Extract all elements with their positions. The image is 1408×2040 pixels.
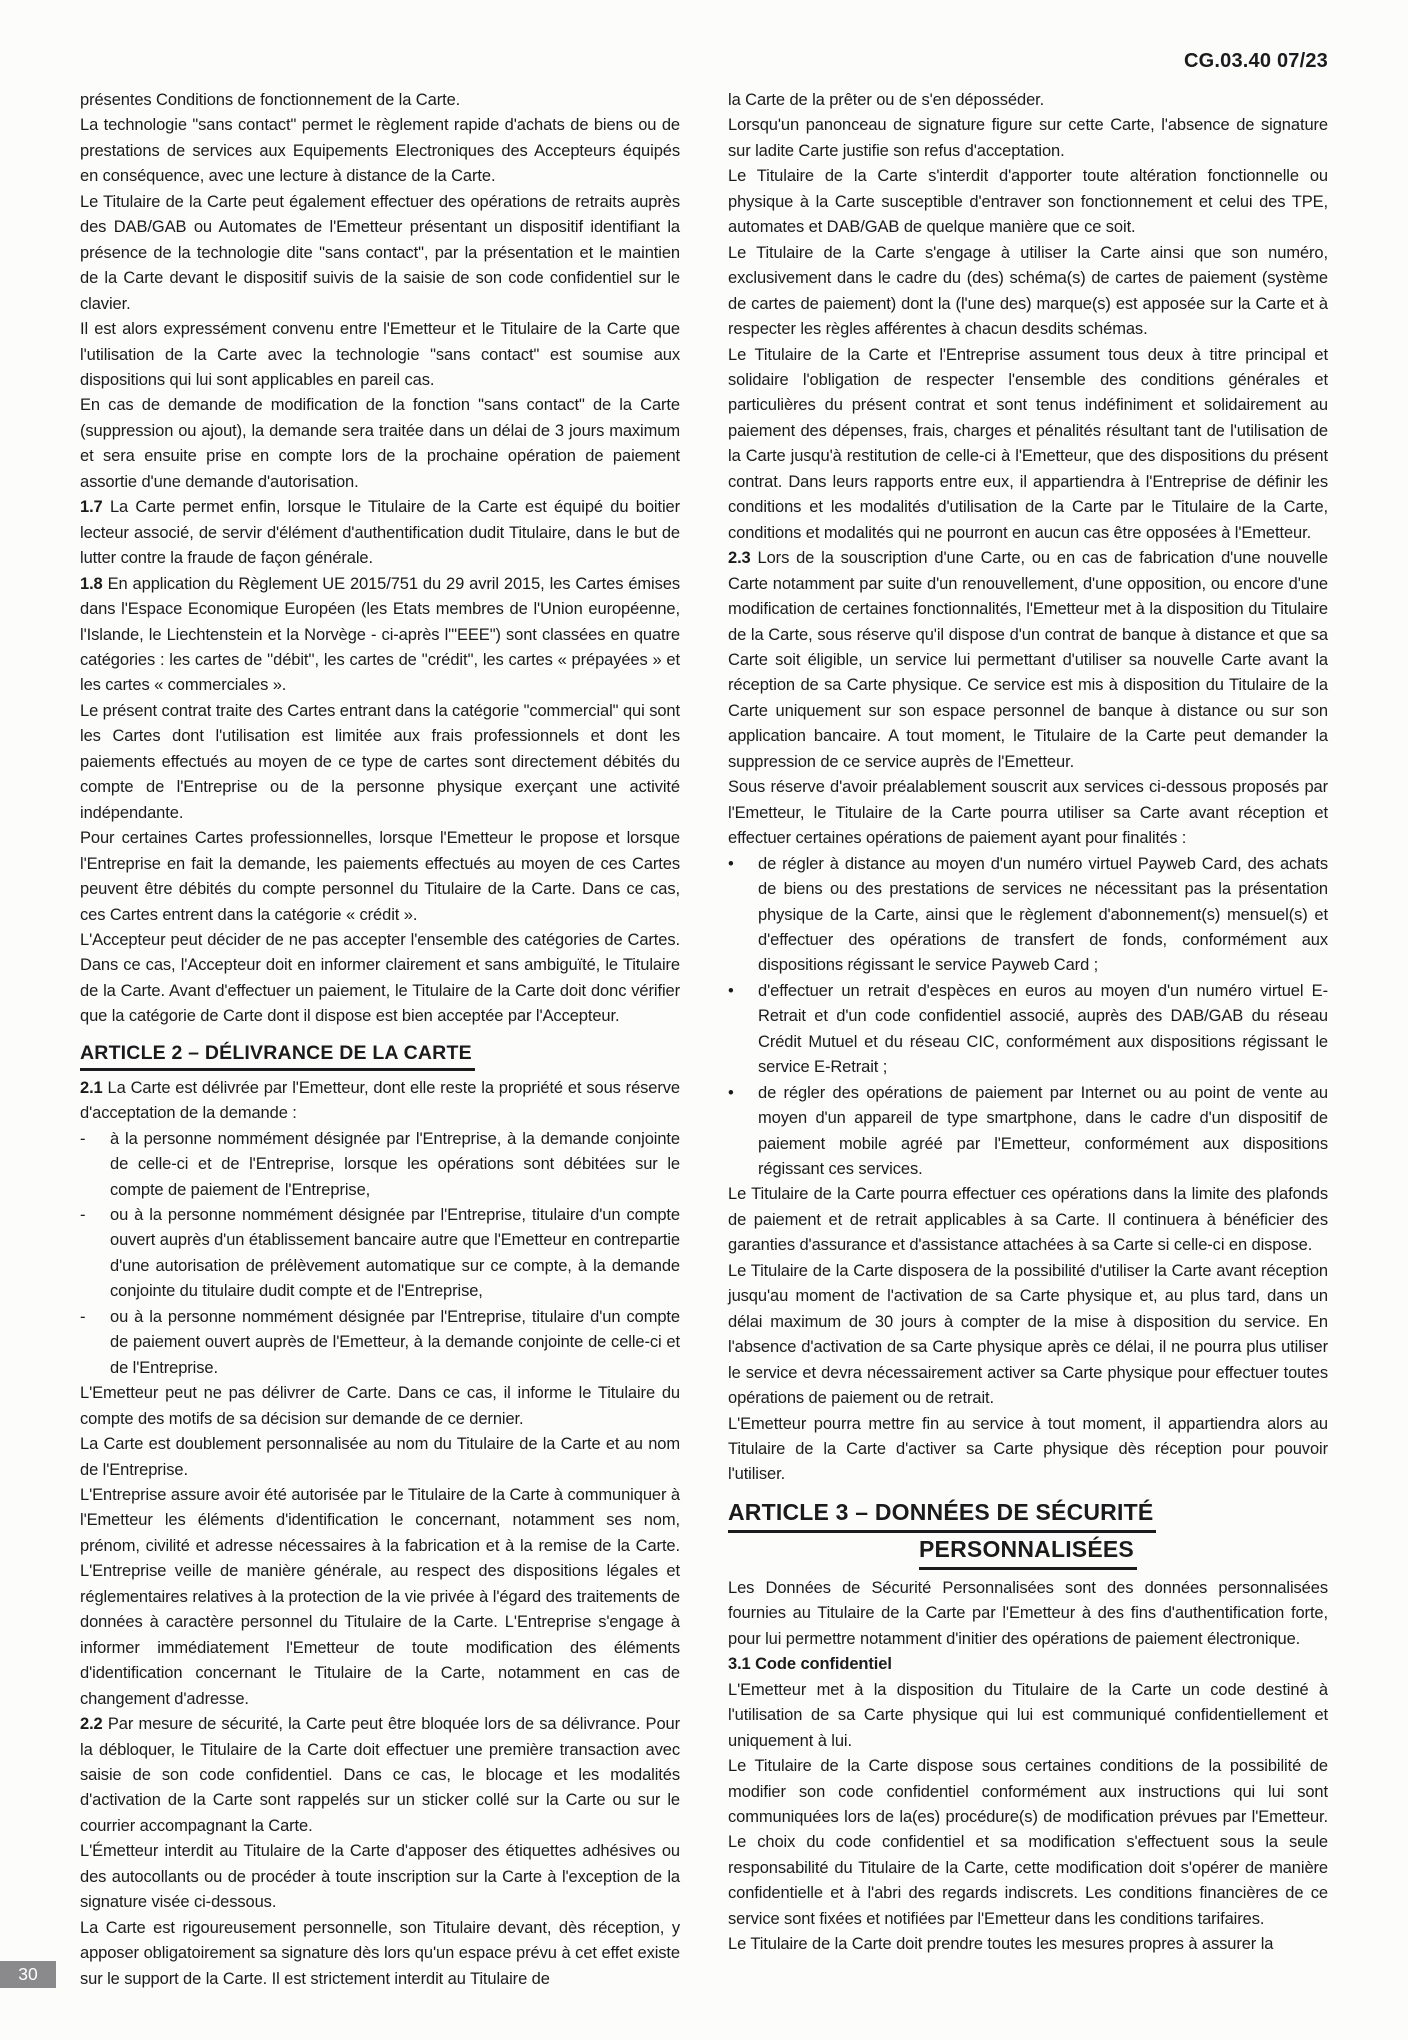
document-page: CG.03.40 07/23 présentes Conditions de f… [0, 0, 1408, 2040]
paragraph: 1.8 En application du Règlement UE 2015/… [80, 572, 680, 699]
paragraph: La Carte est rigoureusement personnelle,… [80, 1916, 680, 1992]
paragraph: L'Emetteur peut ne pas délivrer de Carte… [80, 1381, 680, 1432]
paragraph: En cas de demande de modification de la … [80, 393, 680, 495]
paragraph: Le Titulaire de la Carte doit prendre to… [728, 1932, 1328, 1957]
dash-marker: - [80, 1305, 110, 1330]
article-heading-line: ARTICLE 2 – DÉLIVRANCE DE LA CARTE [80, 1040, 680, 1071]
columns: présentes Conditions de fonctionnement d… [80, 88, 1328, 1992]
article-heading: ARTICLE 3 – DONNÉES DE SÉCURITÉPERSONNAL… [728, 1496, 1328, 1570]
column-right: la Carte de la prêter ou de s'en dépossé… [728, 88, 1328, 1992]
paragraph: Le Titulaire de la Carte s'interdit d'ap… [728, 164, 1328, 240]
paragraph: L'Emetteur met à la disposition du Titul… [728, 1678, 1328, 1754]
clause-number: 2.1 [80, 1079, 103, 1097]
column-left: présentes Conditions de fonctionnement d… [80, 88, 680, 1992]
paragraph: La technologie "sans contact" permet le … [80, 113, 680, 189]
paragraph: L'Emetteur pourra mettre fin au service … [728, 1412, 1328, 1488]
paragraph: 2.2 Par mesure de sécurité, la Carte peu… [80, 1712, 680, 1839]
paragraph: Pour certaines Cartes professionnelles, … [80, 826, 680, 928]
paragraph: 2.3 Lors de la souscription d'une Carte,… [728, 546, 1328, 775]
clause-number: 1.8 [80, 575, 103, 593]
clause-number: 2.3 [728, 549, 751, 567]
list-item: •de régler à distance au moyen d'un numé… [728, 852, 1328, 979]
list-item: -ou à la personne nommément désignée par… [80, 1305, 680, 1381]
paragraph: Sous réserve d'avoir préalablement sousc… [728, 775, 1328, 851]
bullet-marker: • [728, 979, 758, 1004]
paragraph: Le Titulaire de la Carte et l'Entreprise… [728, 343, 1328, 547]
clause-number: 1.7 [80, 498, 103, 516]
paragraph: présentes Conditions de fonctionnement d… [80, 88, 680, 113]
clause-number: 2.2 [80, 1715, 103, 1733]
dash-marker: - [80, 1203, 110, 1228]
list-item: •de régler des opérations de paiement pa… [728, 1081, 1328, 1183]
paragraph: L'Émetteur interdit au Titulaire de la C… [80, 1839, 680, 1915]
page-number-badge: 30 [0, 1961, 56, 1988]
paragraph: 2.1 La Carte est délivrée par l'Emetteur… [80, 1076, 680, 1127]
article-heading-line: PERSONNALISÉES [728, 1533, 1328, 1570]
paragraph: L'Entreprise assure avoir été autorisée … [80, 1483, 680, 1712]
paragraph: Les Données de Sécurité Personnalisées s… [728, 1576, 1328, 1652]
dash-marker: - [80, 1127, 110, 1152]
paragraph: 3.1 Code confidentiel [728, 1652, 1328, 1677]
bullet-marker: • [728, 1081, 758, 1106]
paragraph: La Carte est doublement personnalisée au… [80, 1432, 680, 1483]
list-item: •d'effectuer un retrait d'espèces en eur… [728, 979, 1328, 1081]
article-heading: ARTICLE 2 – DÉLIVRANCE DE LA CARTE [80, 1040, 680, 1071]
document-reference: CG.03.40 07/23 [1184, 50, 1328, 73]
paragraph: Le Titulaire de la Carte s'engage à util… [728, 241, 1328, 343]
list-item: -ou à la personne nommément désignée par… [80, 1203, 680, 1305]
paragraph: Le Titulaire de la Carte pourra effectue… [728, 1182, 1328, 1258]
paragraph: Le Titulaire de la Carte disposera de la… [728, 1259, 1328, 1412]
paragraph: Le Titulaire de la Carte dispose sous ce… [728, 1754, 1328, 1932]
paragraph: Le présent contrat traite des Cartes ent… [80, 699, 680, 826]
paragraph: Lorsqu'un panonceau de signature figure … [728, 113, 1328, 164]
paragraph: la Carte de la prêter ou de s'en dépossé… [728, 88, 1328, 113]
clause-number: 3.1 Code confidentiel [728, 1655, 892, 1673]
paragraph: Le Titulaire de la Carte peut également … [80, 190, 680, 317]
paragraph: 1.7 La Carte permet enfin, lorsque le Ti… [80, 495, 680, 571]
paragraph: Il est alors expressément convenu entre … [80, 317, 680, 393]
article-heading-line: ARTICLE 3 – DONNÉES DE SÉCURITÉ [728, 1496, 1328, 1533]
bullet-marker: • [728, 852, 758, 877]
list-item: -à la personne nommément désignée par l'… [80, 1127, 680, 1203]
page-number: 30 [18, 1964, 37, 1985]
paragraph: L'Accepteur peut décider de ne pas accep… [80, 928, 680, 1030]
